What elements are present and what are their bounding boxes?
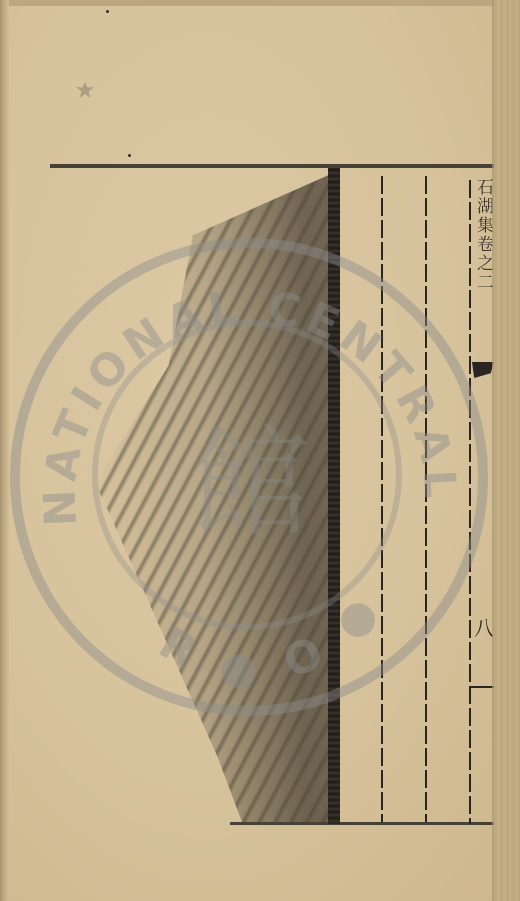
page-left-edge [0, 0, 9, 901]
page-top-edge [0, 0, 520, 6]
watermark-center-glyph: 館 [170, 360, 330, 610]
speck [106, 10, 109, 13]
book-spine-edge [494, 0, 520, 901]
ink-stain [76, 82, 94, 98]
book-page: 石湖集卷之二 八 NATIONAL CENTRAL LIBRARY R ● O … [0, 0, 520, 901]
frame-top-border [50, 164, 494, 168]
speck [128, 154, 131, 157]
frame-bottom-border [230, 822, 496, 825]
